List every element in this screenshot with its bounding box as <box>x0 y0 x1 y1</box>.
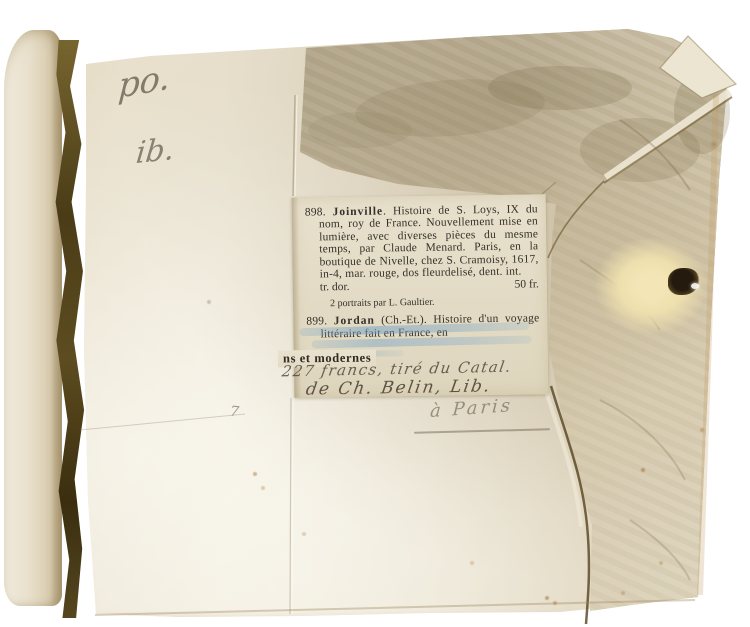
ink-inscription-line2: de Ch. Belin, Lib. <box>304 376 492 399</box>
pencil-inscription-ib: ib. <box>134 132 176 172</box>
hole-glint <box>691 283 699 289</box>
foxing-spots <box>0 0 4 4</box>
clipping-entry-898: 898. Joinville. Histoire de S. Loys, IX … <box>305 203 539 281</box>
entry-898-tail: tr. dor. <box>320 281 350 294</box>
entry-898-author: Joinville <box>332 206 383 219</box>
entry-898-number: 898. <box>305 206 333 218</box>
entry-898-price-line: tr. dor. 50 fr. <box>306 279 539 295</box>
portraits-note: 2 portraits par L. Gaultier. <box>306 295 539 311</box>
pencil-mark-7: 7 <box>229 404 240 421</box>
entry-899-number: 899. <box>306 315 333 327</box>
entry-898-price: 50 fr. <box>514 279 538 292</box>
left-board-edge <box>4 30 62 606</box>
book-photo: po. ib. 7 898. Joinville. Histoire de S.… <box>0 0 750 627</box>
